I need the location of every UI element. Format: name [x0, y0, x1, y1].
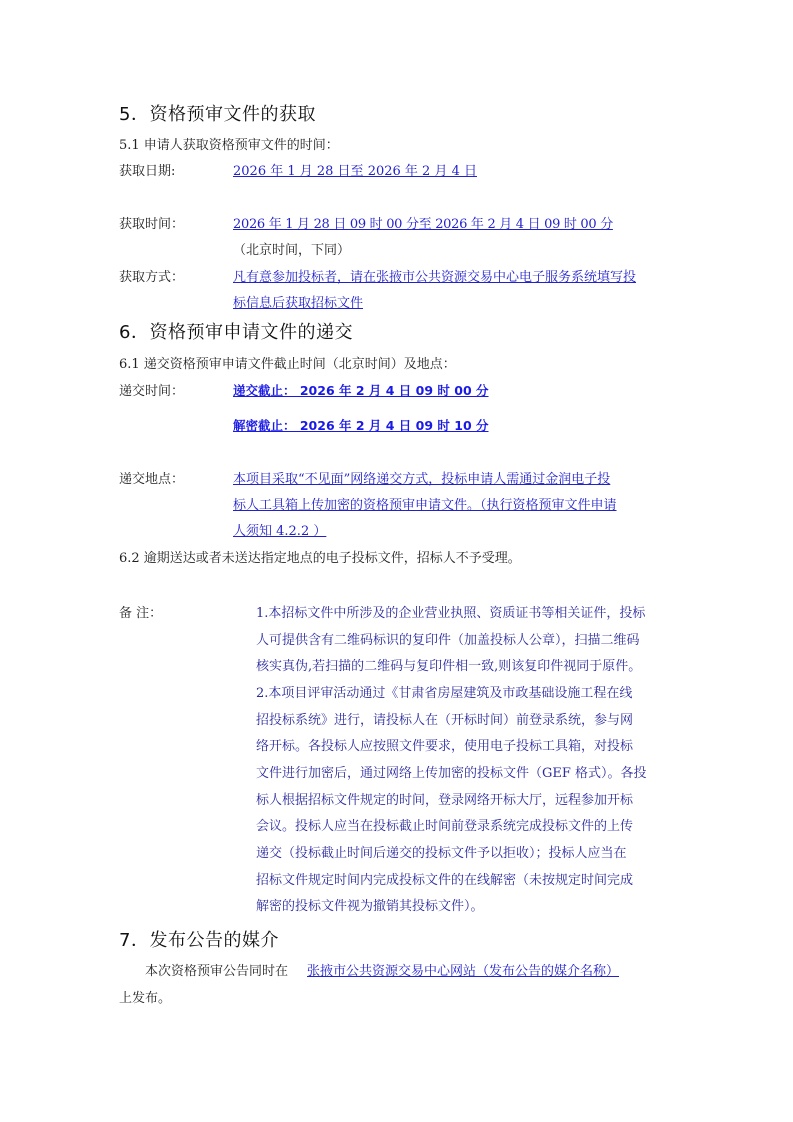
obtain-method-line-1: 凡有意参加投标者，请在张掖市公共资源交易中心电子服务系统填写投 — [233, 266, 636, 285]
submit-time-label: 递交时间： — [119, 380, 184, 399]
remark-line-2: 人可提供含有二维码标识的复印件（加盖投标人公章），扫描二维码 — [256, 629, 640, 648]
remark-line-10: 递交（投标截止时间后递交的投标文件予以拒收）；投标人应当在 — [256, 842, 627, 861]
submit-place-line-1: 本项目采取“不见面”网络递交方式，投标申请人需通过金润电子投 — [233, 468, 610, 487]
obtain-method-line-2: 标信息后获取招标文件 — [233, 292, 363, 311]
remark-line-4: 2.本项目评审活动通过《甘肃省房屋建筑及市政基础设施工程在线 — [256, 682, 632, 701]
section-5-1-text: 5.1 申请人获取资格预审文件的时间： — [119, 134, 339, 153]
section-6-heading: 6．资格预审申请文件的递交 — [119, 318, 353, 344]
remark-line-3: 核实真伪,若扫描的二维码与复印件相一致,则该复印件视同于原件。 — [256, 655, 641, 674]
document-page: 5．资格预审文件的获取 5.1 申请人获取资格预审文件的时间： 获取日期: 20… — [0, 0, 793, 1122]
obtain-method-label: 获取方式： — [119, 266, 184, 285]
obtain-time-label: 获取时间： — [119, 213, 184, 232]
remark-line-8: 标人根据招标文件规定的时间，登录网络开标大厅，远程参加开标 — [256, 789, 633, 808]
decrypt-deadline: 解密截止： 2026 年 2 月 4 日 09 时 10 分 — [233, 416, 489, 434]
section-7-lead: 本次资格预审公告同时在 — [145, 960, 288, 979]
section-5-heading: 5．资格预审文件的获取 — [119, 100, 316, 126]
obtain-date-label: 获取日期: — [119, 160, 175, 179]
remarks-label: 备 注： — [119, 602, 162, 621]
remark-line-6: 络开标。各投标人应按照文件要求，使用电子投标工具箱，对投标 — [256, 735, 633, 754]
remark-line-5: 招投标系统》进行，请投标人在（开标时间）前登录系统，参与网 — [256, 709, 633, 728]
obtain-time-value: 2026 年 1 月 28 日 09 时 00 分至 2026 年 2 月 4 … — [233, 213, 613, 232]
section-7-heading: 7．发布公告的媒介 — [119, 926, 279, 952]
section-6-1-text: 6.1 递交资格预审申请文件截止时间（北京时间）及地点： — [119, 353, 456, 372]
obtain-date-value: 2026 年 1 月 28 日至 2026 年 2 月 4 日 — [233, 160, 477, 179]
section-7-tail: 上发布。 — [119, 987, 171, 1006]
remark-line-11: 招标文件规定时间内完成投标文件的在线解密（未按规定时间完成 — [256, 869, 633, 888]
remark-line-1: 1.本招标文件中所涉及的企业营业执照、资质证书等相关证件，投标 — [256, 602, 645, 621]
beijing-time-note: （北京时间，下同） — [233, 239, 350, 258]
submit-place-label: 递交地点： — [119, 468, 184, 487]
remark-line-12: 解密的投标文件视为撤销其投标文件）。 — [256, 895, 484, 914]
media-name: 张掖市公共资源交易中心网站（发布公告的媒介名称） — [307, 960, 619, 979]
remark-line-7: 文件进行加密后，通过网络上传加密的投标文件（GEF 格式）。各投 — [256, 762, 647, 781]
submit-place-line-3: 人须知 4.2.2 ） — [233, 520, 326, 539]
remark-line-9: 会议。投标人应当在投标截止时间前登录系统完成投标文件的上传 — [256, 815, 633, 834]
submit-place-line-2: 标人工具箱上传加密的资格预审申请文件。（执行资格预审文件申请 — [233, 494, 617, 513]
section-6-2-text: 6.2 逾期送达或者未送达指定地点的电子投标文件，招标人不予受理。 — [119, 547, 521, 566]
submit-deadline: 递交截止： 2026 年 2 月 4 日 09 时 00 分 — [233, 381, 489, 399]
